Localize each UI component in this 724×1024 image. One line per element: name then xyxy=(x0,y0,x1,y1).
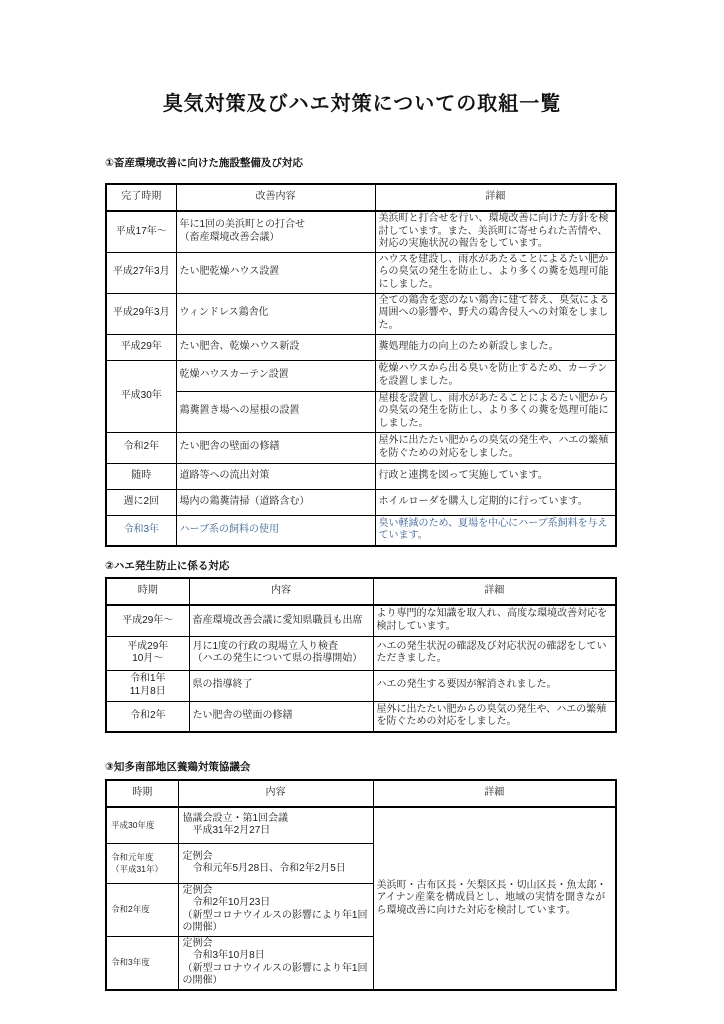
cell-improvement: 道路等への流出対策 xyxy=(176,463,375,489)
table-row-highlighted-blue: 令和3年 ハーブ系の飼料の使用 臭い軽減のため、夏場を中心にハーブ系飼料を与えて… xyxy=(106,515,616,546)
cell-time: 令和元年度 （平成31年） xyxy=(106,843,178,883)
column-header-content: 内容 xyxy=(178,780,373,807)
table-livestock-improvements: 完了時期 改善内容 詳細 平成17年～ 年に1回の美浜町との打合せ （畜産環境改… xyxy=(105,183,617,547)
table-row: 鶏糞置き場への屋根の設置 屋根を設置し、雨水があたることによるたい肥からの臭気の… xyxy=(106,391,616,432)
column-header-detail: 詳細 xyxy=(373,578,616,605)
cell-time: 週に2回 xyxy=(106,489,176,515)
table-row: 令和1年 11月8日 県の指導終了 ハエの発生する要因が解消されました。 xyxy=(106,670,616,701)
cell-detail: 乾燥ハウスから出る臭いを防止するため、カーテンを設置しました。 xyxy=(375,360,616,391)
cell-content: 定例会 令和元年5月28日、令和2年2月5日 xyxy=(178,843,373,883)
cell-detail: 屋外に出たたい肥からの臭気の発生や、ハエの繁殖を防ぐための対応をしました。 xyxy=(375,432,616,463)
cell-detail: 臭い軽減のため、夏場を中心にハーブ系飼料を与えています。 xyxy=(375,515,616,546)
cell-time: 令和2年 xyxy=(106,701,189,732)
table-row: 平成29年 たい肥舎、乾燥ハウス新設 糞処理能力の向上のため新設しました。 xyxy=(106,334,616,360)
cell-detail: ハエの発生する要因が解消されました。 xyxy=(373,670,616,701)
cell-improvement: 場内の鶏糞清掃（道路含む） xyxy=(176,489,375,515)
section-poultry-council: ③知多南部地区養鶏対策協議会 時期 内容 詳細 平成30年度 協議会設立・第1回… xyxy=(105,761,615,991)
cell-improvement: たい肥舎、乾燥ハウス新設 xyxy=(176,334,375,360)
cell-time: 平成30年度 xyxy=(106,807,178,843)
document-page: 臭気対策及びハエ対策についての取組一覧 ①畜産環境改善に向けた施設整備及び対応 … xyxy=(0,0,724,1024)
table-row: 平成29年～ 畜産環境改善会議に愛知県職員も出席 より専門的な知識を取入れ、高度… xyxy=(106,605,616,636)
table-header-row: 時期 内容 詳細 xyxy=(106,780,616,807)
cell-improvement: 鶏糞置き場への屋根の設置 xyxy=(176,391,375,432)
table-row: 平成17年～ 年に1回の美浜町との打合せ （畜産環境改善会議） 美浜町と打合せを… xyxy=(106,211,616,252)
table-header-row: 完了時期 改善内容 詳細 xyxy=(106,184,616,211)
cell-improvement: ウィンドレス鶏舎化 xyxy=(176,293,375,334)
cell-detail: 全ての鶏舎を窓のない鶏舎に建て替え、臭気による周囲への影響や、野犬の鶏舎侵入への… xyxy=(375,293,616,334)
cell-content: 県の指導終了 xyxy=(189,670,373,701)
cell-time: 令和2年度 xyxy=(106,883,178,936)
table-row: 平成30年度 協議会設立・第1回会議 平成31年2月27日 美浜町・古布区長・矢… xyxy=(106,807,616,843)
table-row: 随時 道路等への流出対策 行政と連携を図って実施しています。 xyxy=(106,463,616,489)
cell-time: 随時 xyxy=(106,463,176,489)
table-row: 平成29年 10月～ 月に1度の行政の現場立入り検査 （ハエの発生について県の指… xyxy=(106,636,616,670)
cell-content: 月に1度の行政の現場立入り検査 （ハエの発生について県の指導開始） xyxy=(189,636,373,670)
table-row: 令和2年 たい肥舎の壁面の修繕 屋外に出たたい肥からの臭気の発生や、ハエの繁殖を… xyxy=(106,701,616,732)
table-row: 週に2回 場内の鶏糞清掃（道路含む） ホイルローダを購入し定期的に行っています。 xyxy=(106,489,616,515)
cell-detail: ハウスを建設し、雨水があたることによるたい肥からの臭気の発生を防止し、より多くの… xyxy=(375,252,616,293)
cell-time: 令和3年度 xyxy=(106,936,178,990)
cell-detail: ホイルローダを購入し定期的に行っています。 xyxy=(375,489,616,515)
cell-improvement: ハーブ系の飼料の使用 xyxy=(176,515,375,546)
section-1-label: ①畜産環境改善に向けた施設整備及び対応 xyxy=(105,157,615,170)
section-livestock-environment: ①畜産環境改善に向けた施設整備及び対応 完了時期 改善内容 詳細 平成17年～ … xyxy=(105,157,615,547)
column-header-time: 時期 xyxy=(106,780,178,807)
column-header-improvement: 改善内容 xyxy=(176,184,375,211)
column-header-content: 内容 xyxy=(189,578,373,605)
cell-detail-merged: 美浜町・古布区長・矢梨区長・切山区長・魚太郎・アイナン産業を構成員とし、地域の実… xyxy=(373,807,616,990)
table-row: 令和2年 たい肥舎の壁面の修繕 屋外に出たたい肥からの臭気の発生や、ハエの繁殖を… xyxy=(106,432,616,463)
cell-time: 平成29年 10月～ xyxy=(106,636,189,670)
cell-time: 平成29年3月 xyxy=(106,293,176,334)
table-header-row: 時期 内容 詳細 xyxy=(106,578,616,605)
cell-time-merged: 平成30年 xyxy=(106,360,176,432)
cell-improvement: 年に1回の美浜町との打合せ （畜産環境改善会議） xyxy=(176,211,375,252)
section-3-label: ③知多南部地区養鶏対策協議会 xyxy=(105,761,615,774)
column-header-detail: 詳細 xyxy=(375,184,616,211)
cell-detail: 屋外に出たたい肥からの臭気の発生や、ハエの繁殖を防ぐための対応をしました。 xyxy=(373,701,616,732)
section-2-label: ②ハエ発生防止に係る対応 xyxy=(105,560,615,573)
cell-improvement: たい肥乾燥ハウス設置 xyxy=(176,252,375,293)
cell-content: たい肥舎の壁面の修繕 xyxy=(189,701,373,732)
cell-detail: 行政と連携を図って実施しています。 xyxy=(375,463,616,489)
cell-detail: より専門的な知識を取入れ、高度な環境改善対応を検討しています。 xyxy=(373,605,616,636)
cell-time: 平成29年～ xyxy=(106,605,189,636)
cell-detail: 美浜町と打合せを行い、環境改善に向けた方針を検討しています。また、美浜町に寄せら… xyxy=(375,211,616,252)
cell-detail: 糞処理能力の向上のため新設しました。 xyxy=(375,334,616,360)
table-poultry-council: 時期 内容 詳細 平成30年度 協議会設立・第1回会議 平成31年2月27日 美… xyxy=(105,779,617,991)
cell-time: 平成27年3月 xyxy=(106,252,176,293)
cell-time: 令和2年 xyxy=(106,432,176,463)
cell-content: 定例会 令和3年10月8日 （新型コロナウイルスの影響により年1回の開催） xyxy=(178,936,373,990)
cell-time: 平成29年 xyxy=(106,334,176,360)
table-row: 平成30年 乾燥ハウスカーテン設置 乾燥ハウスから出る臭いを防止するため、カーテ… xyxy=(106,360,616,391)
cell-time: 平成17年～ xyxy=(106,211,176,252)
column-header-detail: 詳細 xyxy=(373,780,616,807)
cell-improvement: たい肥舎の壁面の修繕 xyxy=(176,432,375,463)
cell-detail: ハエの発生状況の確認及び対応状況の確認をしていただきました。 xyxy=(373,636,616,670)
column-header-completion-time: 完了時期 xyxy=(106,184,176,211)
cell-content: 協議会設立・第1回会議 平成31年2月27日 xyxy=(178,807,373,843)
page-title: 臭気対策及びハエ対策についての取組一覧 xyxy=(0,92,724,116)
cell-time: 令和3年 xyxy=(106,515,176,546)
section-fly-prevention: ②ハエ発生防止に係る対応 時期 内容 詳細 平成29年～ 畜産環境改善会議に愛知… xyxy=(105,560,615,733)
table-fly-prevention: 時期 内容 詳細 平成29年～ 畜産環境改善会議に愛知県職員も出席 より専門的な… xyxy=(105,577,617,733)
cell-content: 畜産環境改善会議に愛知県職員も出席 xyxy=(189,605,373,636)
table-row: 平成29年3月 ウィンドレス鶏舎化 全ての鶏舎を窓のない鶏舎に建て替え、臭気によ… xyxy=(106,293,616,334)
cell-content: 定例会 令和2年10月23日 （新型コロナウイルスの影響により年1回の開催） xyxy=(178,883,373,936)
cell-time: 令和1年 11月8日 xyxy=(106,670,189,701)
cell-improvement: 乾燥ハウスカーテン設置 xyxy=(176,360,375,391)
table-row: 平成27年3月 たい肥乾燥ハウス設置 ハウスを建設し、雨水があたることによるたい… xyxy=(106,252,616,293)
column-header-time: 時期 xyxy=(106,578,189,605)
cell-detail: 屋根を設置し、雨水があたることによるたい肥からの臭気の発生を防止し、より多くの糞… xyxy=(375,391,616,432)
